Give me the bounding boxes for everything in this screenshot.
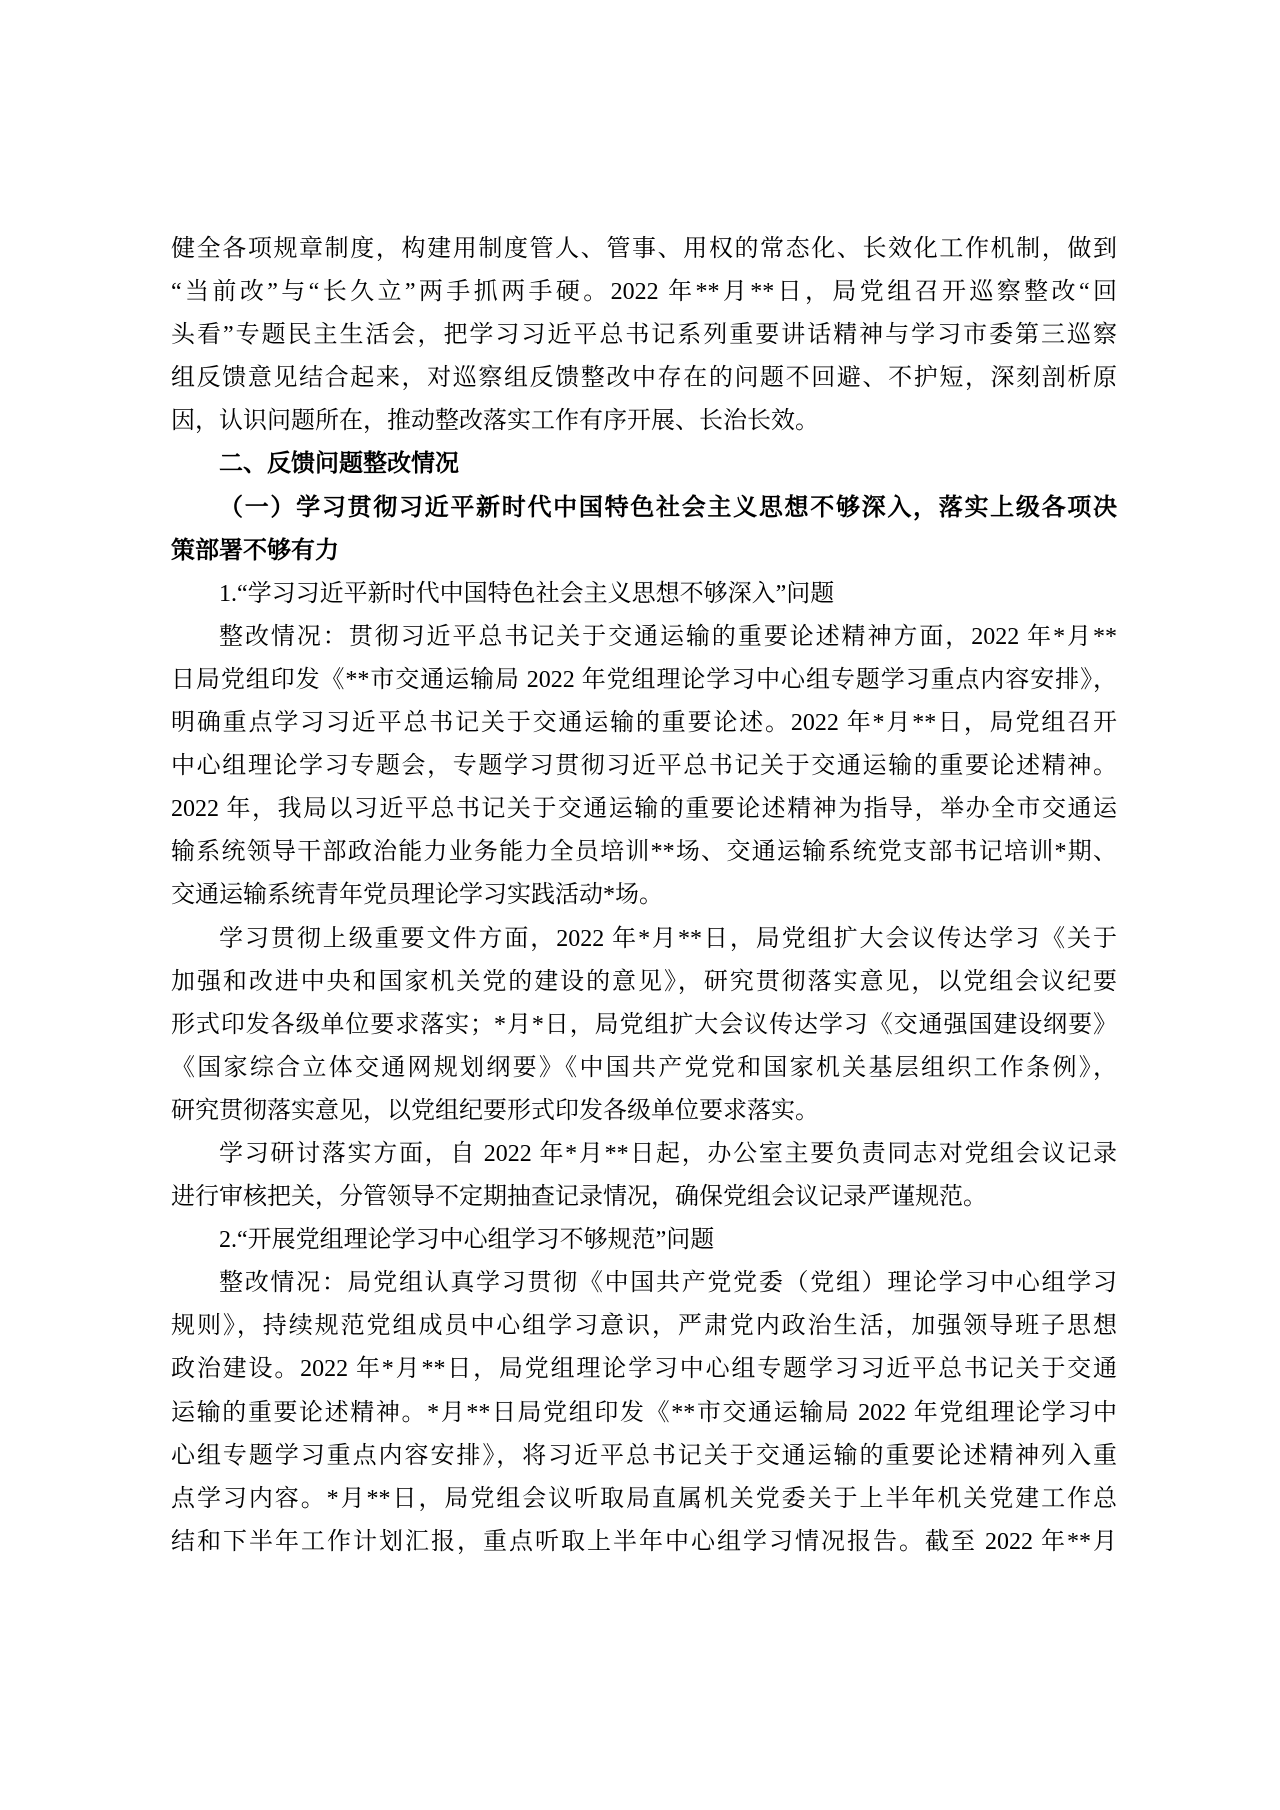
subsection-heading: 策部署不够有力: [171, 530, 1117, 573]
body-line: 整改情况：贯彻习近平总书记关于交通运输的重要论述精神方面，2022 年*月**: [171, 616, 1117, 659]
body-line: 点学习内容。*月**日，局党组会议听取局直属机关党委关于上半年机关党建工作总: [171, 1478, 1117, 1521]
body-line: “当前改”与“长久立”两手抓两手硬。2022 年**月**日，局党组召开巡察整改…: [171, 271, 1117, 314]
body-line: 整改情况：局党组认真学习贯彻《中国共产党党委（党组）理论学习中心组学习: [171, 1262, 1117, 1305]
body-line: 心组专题学习重点内容安排》，将习近平总书记关于交通运输的重要论述精神列入重: [171, 1435, 1117, 1478]
body-line: 明确重点学习习近平总书记关于交通运输的重要论述。2022 年*月**日，局党组召…: [171, 702, 1117, 745]
body-line: 研究贯彻落实意见，以党组纪要形式印发各级单位要求落实。: [171, 1090, 1117, 1133]
body-line: 规则》，持续规范党组成员中心组学习意识，严肃党内政治生活，加强领导班子思想: [171, 1305, 1117, 1348]
body-line: 《国家综合立体交通网规划纲要》《中国共产党党和国家机关基层组织工作条例》，: [171, 1047, 1117, 1090]
body-line: 结和下半年工作计划汇报，重点听取上半年中心组学习情况报告。截至 2022 年**…: [171, 1521, 1117, 1564]
subsection-heading: （一）学习贯彻习近平新时代中国特色社会主义思想不够深入，落实上级各项决: [171, 487, 1117, 530]
body-line: 进行审核把关，分管领导不定期抽查记录情况，确保党组会议记录严谨规范。: [171, 1176, 1117, 1219]
document-page: 健全各项规章制度，构建用制度管人、管事、用权的常态化、长效化工作机制，做到“当前…: [0, 0, 1280, 1810]
body-line: 交通运输系统青年党员理论学习实践活动*场。: [171, 874, 1117, 917]
body-line: 因，认识问题所在，推动整改落实工作有序开展、长治长效。: [171, 400, 1117, 443]
body-line: 形式印发各级单位要求落实；*月*日，局党组扩大会议传达学习《交通强国建设纲要》: [171, 1004, 1117, 1047]
body-line: 日局党组印发《**市交通运输局 2022 年党组理论学习中心组专题学习重点内容安…: [171, 659, 1117, 702]
item-heading: 2.“开展党组理论学习中心组学习不够规范”问题: [171, 1219, 1117, 1262]
body-line: 组反馈意见结合起来，对巡察组反馈整改中存在的问题不回避、不护短，深刻剖析原: [171, 357, 1117, 400]
body-line: 运输的重要论述精神。*月**日局党组印发《**市交通运输局 2022 年党组理论…: [171, 1392, 1117, 1435]
item-heading: 1.“学习习近平新时代中国特色社会主义思想不够深入”问题: [171, 573, 1117, 616]
body-line: 健全各项规章制度，构建用制度管人、管事、用权的常态化、长效化工作机制，做到: [171, 228, 1117, 271]
body-line: 学习贯彻上级重要文件方面，2022 年*月**日，局党组扩大会议传达学习《关于: [171, 918, 1117, 961]
body-line: 输系统领导干部政治能力业务能力全员培训**场、交通运输系统党支部书记培训*期、: [171, 831, 1117, 874]
body-line: 头看”专题民主生活会，把学习习近平总书记系列重要讲话精神与学习市委第三巡察: [171, 314, 1117, 357]
body-line: 学习研讨落实方面，自 2022 年*月**日起，办公室主要负责同志对党组会议记录: [171, 1133, 1117, 1176]
body-line: 2022 年，我局以习近平总书记关于交通运输的重要论述精神为指导，举办全市交通运: [171, 788, 1117, 831]
body-line: 政治建设。2022 年*月**日，局党组理论学习中心组专题学习习近平总书记关于交…: [171, 1348, 1117, 1391]
document-body: 健全各项规章制度，构建用制度管人、管事、用权的常态化、长效化工作机制，做到“当前…: [171, 228, 1117, 1564]
body-line: 加强和改进中央和国家机关党的建设的意见》，研究贯彻落实意见，以党组会议纪要: [171, 961, 1117, 1004]
body-line: 中心组理论学习专题会，专题学习贯彻习近平总书记关于交通运输的重要论述精神。: [171, 745, 1117, 788]
section-heading: 二、反馈问题整改情况: [171, 443, 1117, 486]
